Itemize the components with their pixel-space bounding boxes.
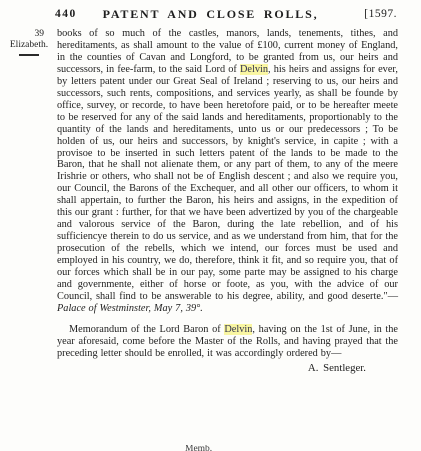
cut-off-text-fragment: Memb.: [185, 445, 212, 451]
page-header: 440 PATENT AND CLOSE ROLLS, [1597.: [0, 7, 421, 22]
highlighted-term: Delvin: [224, 324, 252, 335]
year-marker: [1597.: [364, 8, 397, 20]
memorandum-paragraph: Memorandum of the Lord Baron of Delvin, …: [57, 324, 398, 360]
margin-note: 39 Elizabeth.: [4, 29, 54, 56]
letter-paragraph: books of so much of the castles, manors,…: [57, 28, 398, 315]
running-title: PATENT AND CLOSE ROLLS,: [0, 7, 421, 22]
highlighted-term: Delvin: [240, 64, 268, 75]
text-segment: , his heirs and assigns for ever, by let…: [57, 64, 398, 302]
monarch-name: Elizabeth.: [4, 40, 54, 51]
margin-rule: [19, 54, 39, 56]
text-segment: Memorandum of the Lord Baron of: [69, 324, 224, 335]
scanned-document-page: 440 PATENT AND CLOSE ROLLS, [1597. 39 El…: [0, 0, 421, 451]
signature: A. Sentleger.: [57, 363, 398, 375]
text-column: books of so much of the castles, manors,…: [57, 28, 398, 375]
text-segment: Palace of Westminster, May 7, 39°.: [57, 303, 203, 314]
regnal-year: 39: [4, 29, 54, 40]
